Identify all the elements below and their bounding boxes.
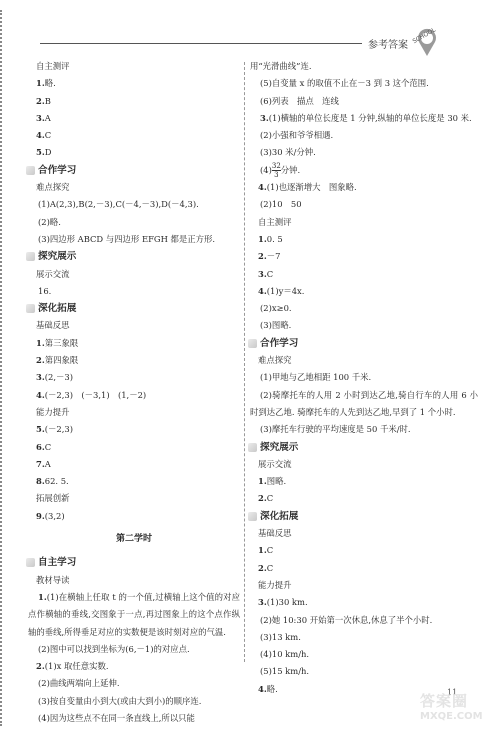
answer-item: 6.C bbox=[28, 439, 240, 456]
fraction-numerator: 32 bbox=[272, 162, 281, 171]
fraction-suffix: 分钟. bbox=[281, 165, 300, 175]
answer-number: 5. bbox=[36, 147, 45, 157]
answer-number: 2. bbox=[258, 563, 267, 573]
answer-item: 5.(－2,3) bbox=[28, 421, 240, 438]
subsection-label: 展示交流 bbox=[250, 456, 478, 473]
page-binding-edge bbox=[0, 10, 5, 726]
answer-number: 6. bbox=[36, 442, 45, 452]
answer-number: 1. bbox=[258, 476, 267, 486]
fraction-prefix: (4) bbox=[260, 165, 272, 175]
answer-number: 1. bbox=[36, 338, 45, 348]
answer-text: 62. 5. bbox=[45, 476, 69, 486]
answer-number: 4. bbox=[258, 286, 267, 296]
subsection-label: 拓展创新 bbox=[28, 490, 240, 507]
answer-number: 2. bbox=[36, 96, 45, 106]
answer-text: (1)x 取任意实数. bbox=[45, 661, 109, 671]
answer-item: 1.略. bbox=[28, 75, 240, 92]
answer-number: 1. bbox=[38, 592, 47, 602]
answer-item: 2.－7 bbox=[250, 248, 478, 265]
answer-text: C bbox=[45, 130, 51, 140]
fraction-denominator: 3 bbox=[272, 171, 281, 179]
answer-item: 2.(1)x 取任意实数. bbox=[28, 658, 240, 675]
answer-number: 3. bbox=[258, 597, 267, 607]
answer-text: 图略. bbox=[267, 476, 286, 486]
answer-number: 9. bbox=[36, 511, 45, 521]
answer-paragraph: 1.(1)在横轴上任取 t 的一个值,过横轴上这个值的对应点作横轴的垂线,交图象… bbox=[28, 589, 240, 641]
left-column: 自主测评1.略.2.B3.A4.C5.D合作学习难点探究(1)A(2,3),B(… bbox=[28, 58, 240, 727]
answer-line: (5)15 km/h. bbox=[250, 663, 478, 680]
answer-line: (1)甲地与乙地相距 100 千米. bbox=[250, 369, 478, 386]
subsection-label: 自主测评 bbox=[28, 58, 240, 75]
watermark: 答案圈 MXQE.COM bbox=[420, 690, 483, 722]
answer-number: 3. bbox=[36, 372, 45, 382]
answer-line: (3)摩托车行驶的平均速度是 50 千米/时. bbox=[250, 421, 478, 438]
answer-item: 5.D bbox=[28, 144, 240, 161]
fraction: 323 bbox=[272, 162, 281, 179]
subsection-label: 能力提升 bbox=[28, 404, 240, 421]
answer-item: 3.C bbox=[250, 266, 478, 283]
answer-text: (1)也逐渐增大 图象略. bbox=[267, 182, 357, 192]
answer-number: 1. bbox=[36, 78, 45, 88]
answer-text: C bbox=[267, 269, 273, 279]
subsection-label: 难点探究 bbox=[28, 179, 240, 196]
answer-line: (2)10 50 bbox=[250, 196, 478, 213]
section-heading: 自主学习 bbox=[28, 554, 240, 571]
section-heading: 探究展示 bbox=[28, 248, 240, 265]
watermark-line1: 答案圈 bbox=[420, 690, 483, 711]
answer-line: 16. bbox=[28, 283, 240, 300]
header-title: 参考答案 bbox=[368, 36, 408, 51]
answer-number: 1. bbox=[258, 234, 267, 244]
subsection-label: 自主测评 bbox=[250, 214, 478, 231]
section-heading-text: 深化拓展 bbox=[260, 511, 298, 522]
continued-text: 用“光滑曲线”连. bbox=[250, 58, 478, 75]
answer-line: (4)10 km/h. bbox=[250, 646, 478, 663]
answer-number: 1. bbox=[258, 545, 267, 555]
answer-line: (3)按自变量由小到大(或由大到小)的顺序连. bbox=[28, 693, 240, 710]
answer-line: (2)略. bbox=[28, 214, 240, 231]
subsection-label: 基础反思 bbox=[28, 317, 240, 334]
answer-number: 2. bbox=[258, 251, 267, 261]
answer-text: (－2,3) bbox=[45, 424, 73, 434]
section-marker-icon bbox=[248, 512, 257, 521]
answer-item: 4.C bbox=[28, 127, 240, 144]
watermark-line2: MXQE.COM bbox=[420, 711, 483, 722]
section-heading: 合作学习 bbox=[250, 335, 478, 352]
answer-text: (－2,3) (－3,1) (1,－2) bbox=[45, 390, 146, 400]
answer-line: (3)30 米/分钟. bbox=[250, 144, 478, 161]
answer-item: 8.62. 5. bbox=[28, 473, 240, 490]
answer-text: (2,－3) bbox=[45, 372, 73, 382]
answer-number: 2. bbox=[258, 493, 267, 503]
answer-text: 略. bbox=[267, 684, 278, 694]
answer-text: －7 bbox=[267, 251, 281, 261]
section-marker-icon bbox=[248, 443, 257, 452]
answer-number: 3. bbox=[36, 113, 45, 123]
answer-line: (6)列表 描点 连线 bbox=[250, 93, 478, 110]
section-marker-icon bbox=[26, 166, 35, 175]
section-heading-text: 合作学习 bbox=[260, 338, 298, 349]
answer-item: 1.第三象限 bbox=[28, 335, 240, 352]
section-heading-text: 探究展示 bbox=[260, 442, 298, 453]
answer-item: 3.(2,－3) bbox=[28, 369, 240, 386]
answer-item: 3.A bbox=[28, 110, 240, 127]
answer-line: (4)因为这些点不在同一条直线上,所以只能 bbox=[28, 710, 240, 727]
section-marker-icon bbox=[26, 558, 35, 567]
subsection-label: 基础反思 bbox=[250, 525, 478, 542]
answer-text: A bbox=[45, 459, 51, 469]
section-marker-icon bbox=[26, 252, 35, 261]
column-divider bbox=[244, 62, 245, 662]
section-heading: 深化拓展 bbox=[250, 508, 478, 525]
answer-item: 7.A bbox=[28, 456, 240, 473]
subsection-label: 能力提升 bbox=[250, 577, 478, 594]
answer-number: 8. bbox=[36, 476, 45, 486]
section-heading: 深化拓展 bbox=[28, 300, 240, 317]
answer-number: 4. bbox=[258, 684, 267, 694]
answer-line: (3)13 km. bbox=[250, 629, 478, 646]
answer-line: (2)图中可以找到坐标为(6,－1)的对应点. bbox=[28, 641, 240, 658]
answer-text: C bbox=[267, 545, 273, 555]
answer-number: 5. bbox=[36, 424, 45, 434]
answer-item: 9.(3,2) bbox=[28, 508, 240, 525]
answer-paragraph: (2)骑摩托车的人用 2 小时到达乙地,骑自行车的人用 6 小时到达乙地. 骑摩… bbox=[250, 387, 478, 422]
header-rule bbox=[40, 43, 362, 44]
answer-item: 2.C bbox=[250, 560, 478, 577]
answer-line: (2)曲线两端向上延伸. bbox=[28, 675, 240, 692]
answer-text: C bbox=[267, 563, 273, 573]
answer-item: 1.C bbox=[250, 542, 478, 559]
answer-item: 4.(1)也逐渐增大 图象略. bbox=[250, 179, 478, 196]
answer-text: A bbox=[45, 113, 51, 123]
answer-item: 4.(1)y＝4x. bbox=[250, 283, 478, 300]
answer-number: 3. bbox=[258, 269, 267, 279]
school-pin-icon: SCHOOL bbox=[410, 26, 444, 58]
answer-number: 7. bbox=[36, 459, 45, 469]
answer-number: 4. bbox=[36, 390, 45, 400]
section-heading-text: 合作学习 bbox=[38, 165, 76, 176]
section-heading: 探究展示 bbox=[250, 439, 478, 456]
answer-text: (1)y＝4x. bbox=[267, 286, 305, 296]
answer-item: 3.(1)30 km. bbox=[250, 594, 478, 611]
section-heading-text: 探究展示 bbox=[38, 251, 76, 262]
section-marker-icon bbox=[248, 339, 257, 348]
right-column: 用“光滑曲线”连.(5)自变量 x 的取值不止在－3 到 3 这个范围.(6)列… bbox=[250, 58, 478, 698]
answer-item: 4.(－2,3) (－3,1) (1,－2) bbox=[28, 387, 240, 404]
answer-text: 第四象限 bbox=[45, 355, 79, 365]
answer-number: 2. bbox=[36, 355, 45, 365]
answer-item: 2.B bbox=[28, 93, 240, 110]
answer-text: 略. bbox=[45, 78, 56, 88]
answer-text: B bbox=[45, 96, 51, 106]
lesson-title: 第二学时 bbox=[28, 531, 240, 548]
answer-text: (1)在横轴上任取 t 的一个值,过横轴上这个值的对应点作横轴的垂线,交图象于一… bbox=[28, 592, 240, 637]
subsection-label: 教材导读 bbox=[28, 572, 240, 589]
answer-paragraph: 3.(1)横轴的单位长度是 1 分钟,纵轴的单位长度是 30 米. bbox=[250, 110, 478, 127]
answer-line: (3)图略. bbox=[250, 317, 478, 334]
answer-line: (2)小强和爷爷相遇. bbox=[250, 127, 478, 144]
section-heading-text: 深化拓展 bbox=[38, 303, 76, 314]
answer-paragraph: (3)四边形 ABCD 与四边形 EFGH 都是正方形. bbox=[28, 231, 240, 248]
answer-number: 2. bbox=[36, 661, 45, 671]
answer-line: (1)A(2,3),B(2,－3),C(－4,－3),D(－4,3). bbox=[28, 196, 240, 213]
answer-item: 2.第四象限 bbox=[28, 352, 240, 369]
answer-item: 1.图略. bbox=[250, 473, 478, 490]
section-heading-text: 自主学习 bbox=[38, 557, 76, 568]
answer-text: D bbox=[45, 147, 52, 157]
answer-number: 4. bbox=[36, 130, 45, 140]
answer-text: (3,2) bbox=[45, 511, 65, 521]
answer-text: (1)30 km. bbox=[267, 597, 308, 607]
section-heading: 合作学习 bbox=[28, 162, 240, 179]
answer-fraction: (4)323分钟. bbox=[250, 162, 478, 179]
answer-line: (5)自变量 x 的取值不止在－3 到 3 这个范围. bbox=[250, 75, 478, 92]
subsection-label: 展示交流 bbox=[28, 266, 240, 283]
answer-item: 2.C bbox=[250, 490, 478, 507]
answer-text: (1)横轴的单位长度是 1 分钟,纵轴的单位长度是 30 米. bbox=[269, 113, 472, 123]
answer-line: (2)x≥0. bbox=[250, 300, 478, 317]
answer-line: (2)她 10:30 开始第一次休息,休息了半个小时. bbox=[250, 612, 478, 629]
answer-text: C bbox=[45, 442, 51, 452]
answer-number: 4. bbox=[258, 182, 267, 192]
answer-item: 1.0. 5 bbox=[250, 231, 478, 248]
answer-text: 0. 5 bbox=[267, 234, 283, 244]
answer-number: 3. bbox=[260, 113, 269, 123]
section-marker-icon bbox=[26, 304, 35, 313]
subsection-label: 难点探究 bbox=[250, 352, 478, 369]
answer-text: 第三象限 bbox=[45, 338, 79, 348]
answer-text: C bbox=[267, 493, 273, 503]
